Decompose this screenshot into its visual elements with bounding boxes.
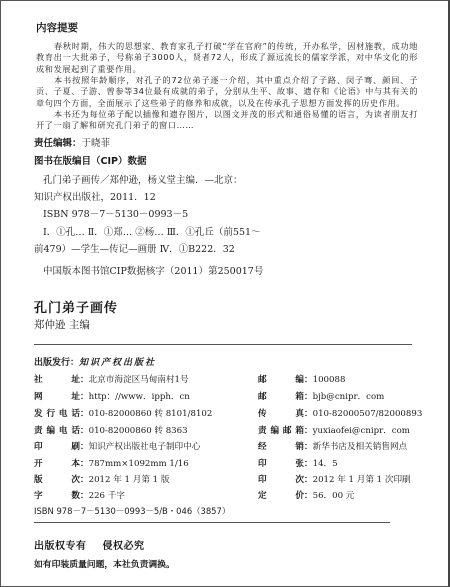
- info-print-run: 印 次：2012 年 1 月第 1 次印刷: [258, 473, 411, 485]
- cip-isbn: ISBN 978－7－5130－0993－5: [43, 206, 188, 220]
- info-editor-email: 责编邮箱：yuxiaofei@cnipr．com: [258, 424, 410, 436]
- info-format: 开 本：787mm×1092mm 1/16: [34, 457, 189, 469]
- cip-classification: Ⅰ．①孔… Ⅱ．①郑… ②杨… Ⅲ．①孔丘（前551～: [43, 224, 261, 238]
- publisher-logo: 知识产权出版社: [79, 355, 156, 368]
- rights-right: 侵权必究: [103, 541, 145, 552]
- cip-line: 知识产权出版社，2011．12: [34, 189, 156, 203]
- book-author: 郑仲逊 主编: [34, 317, 90, 332]
- book-title: 孔门弟子画传: [34, 297, 118, 316]
- rights-left: 出版权专有: [34, 541, 87, 552]
- cip-verification-number: 中国版本图书馆CIP数据核字（2011）第250017号: [43, 263, 263, 277]
- info-address: 社 址：北京市海淀区马甸南村1号: [34, 373, 189, 385]
- info-word-count: 字 数：226 千字: [34, 489, 125, 501]
- divider: [34, 522, 390, 523]
- info-editor-phone: 责编电话：010-82000860 转 8363: [34, 424, 188, 436]
- divider: [34, 344, 412, 345]
- editor-label: 责任编辑：: [34, 138, 82, 149]
- responsible-editor: 责任编辑：于晓菲: [34, 135, 110, 149]
- cip-classification-cont: 前479）—学生—传记—画册 Ⅳ．①B222．32: [34, 241, 235, 255]
- info-printed-sheets: 印 张：14．5: [258, 457, 338, 469]
- publisher-label: 出版发行：: [34, 355, 79, 368]
- info-postcode: 邮 编：100088: [258, 373, 345, 385]
- summary-paragraph-1: 春秋时期，伟大的思想家、教育家孔子打破“学在官府”的传统，开办私学，因材施教，成…: [36, 41, 418, 75]
- info-price: 定 价：56．00 元: [258, 489, 354, 501]
- info-edition: 版 次：2012 年 1 月第 1 版: [34, 473, 169, 485]
- cip-heading: 图书在版编目（CIP）数据: [34, 153, 146, 167]
- copyright-page: 内容提要 春秋时期，伟大的思想家、教育家孔子打破“学在官府”的传统，开办私学，因…: [0, 0, 450, 587]
- info-fax: 传 真：010-82000507/82000893: [258, 407, 422, 419]
- rights-statement: 出版权专有侵权必究: [34, 537, 145, 552]
- isbn-full: ISBN 978－7－5130－0993－5/B・046（3857）: [34, 505, 230, 517]
- quality-notice: 如有印装质量问题，本社负责调换。: [34, 557, 175, 570]
- info-printing: 印 刷：知识产权出版社电子制印中心: [34, 440, 200, 452]
- info-distributor: 经 销：新华书店及相关销售网点: [258, 440, 407, 452]
- summary-paragraph-3: 本书还为每位弟子配以插像和遗存图片，以图文并茂的形式和通俗易懂的语言，为读者朋友…: [36, 109, 418, 132]
- summary-paragraph-2: 本书按照年龄顺序，对孔子的72位弟子逐一介绍，其中重点介绍了子路、闵子骞、颜回、…: [36, 75, 418, 109]
- editor-name: 于晓菲: [82, 138, 111, 149]
- cip-line: 孔门弟子画传／郑仲逊，杨义堂主编．—北京：: [43, 172, 243, 186]
- info-email: 邮 箱：bjb@cnipr．com: [258, 390, 384, 402]
- info-website: 网 址：http：//www．ipph．cn: [34, 390, 190, 402]
- summary-heading: 内容提要: [36, 20, 78, 35]
- info-distribution-phone: 发行电话：010-82000860 转 8101/8102: [34, 407, 212, 419]
